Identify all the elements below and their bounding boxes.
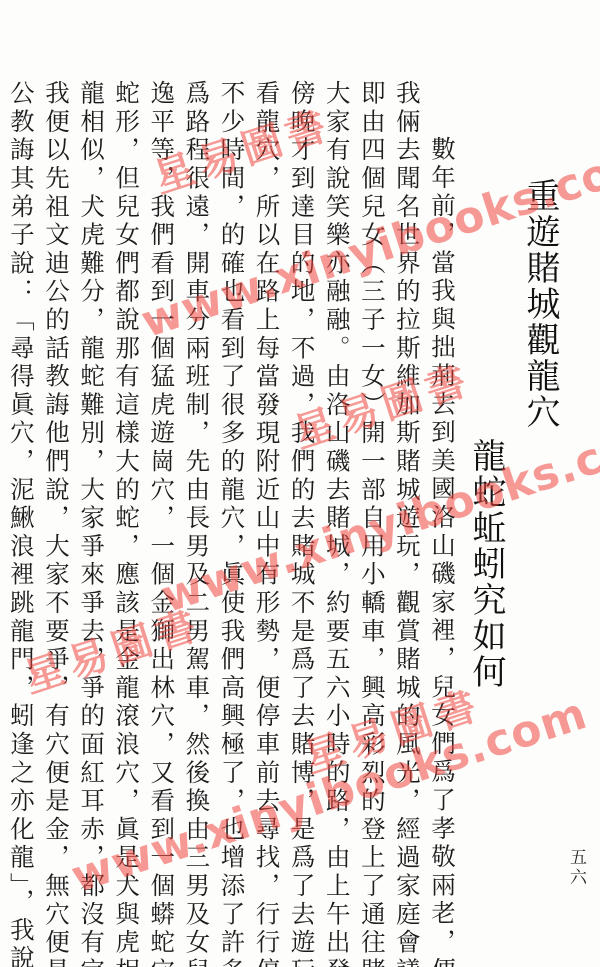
text-column: 大家有說笑樂亦融融。由洛山磯去賭城，約要五六小時的路，由上午出發，到下午 — [324, 80, 349, 936]
page-number: 五六 — [567, 848, 584, 888]
chapter-title: 重遊賭城觀龍穴 — [520, 178, 560, 698]
text-column: 數年前，當我與拙荊去到美國洛山磯家裡，兒女們爲了孝敬兩老，便提議要帶 — [430, 136, 455, 936]
text-column: 看龍穴，所以在路上每當發現附近山中有形勢，便停車前去尋找，行行停停，耽誤 — [254, 80, 279, 936]
text-column: 龍相似，犬虎難分，龍蛇難別，大家爭來爭去，爭的面紅耳赤，都沒有定論，最後 — [79, 80, 104, 936]
text-column: 逸平等，我們看到一個猛虎遊崗穴，一個金獅出林穴，又看到一個蟒蛇穴，我看是 — [149, 80, 174, 936]
text-column: 公教誨其弟子說：「尋得眞穴，泥鰍浪裡跳龍門，蚓逢之亦化龍」，我說尋龍點穴， — [8, 80, 33, 936]
book-page: 重遊賭城觀龍穴 龍蛇蚯蚓究如何 數年前，當我與拙荊去到美國洛山磯家裡，兒女們爲了… — [0, 0, 600, 967]
body-text: 數年前，當我與拙荊去到美國洛山磯家裡，兒女們爲了孝敬兩老，便提議要帶 我倆去聞名… — [4, 136, 454, 936]
text-column: 即由四個兒女（三子一女）開一部自用小轎車，興高彩烈的登上了通往賭城的道路， — [359, 80, 384, 936]
chapter-heading: 重遊賭城觀龍穴 龍蛇蚯蚓究如何 — [440, 178, 560, 698]
text-column: 我便以先祖文迪公的話教誨他們說，大家不要爭，有穴便是金，無穴便是土，文迪 — [43, 80, 68, 936]
text-column: 不少時間，的確也看到了很多的龍穴，眞使我們高興極了，也增添了許多遊興。因 — [219, 80, 244, 936]
text-column: 蛇形，但兒女們都說那有這樣大的蛇，應該是金龍滾浪穴，眞是犬與虎相似，蛇與 — [114, 80, 139, 936]
text-column: 我倆去聞名世界的拉斯維加斯賭城遊玩，觀賞賭城的風光，經過家庭會議決定後， — [394, 80, 419, 936]
text-column: 傍晚才到達目的地，不過，我們的去賭城不是爲了去賭博，是爲了去遊玩去觀風光 — [289, 80, 314, 936]
chapter-subtitle: 龍蛇蚯蚓究如何 — [466, 438, 506, 698]
text-column: 爲路程很遠，開車分兩班制，先由長男及二男駕車，然後換由三男及女兒駕駛，勞 — [184, 80, 209, 936]
